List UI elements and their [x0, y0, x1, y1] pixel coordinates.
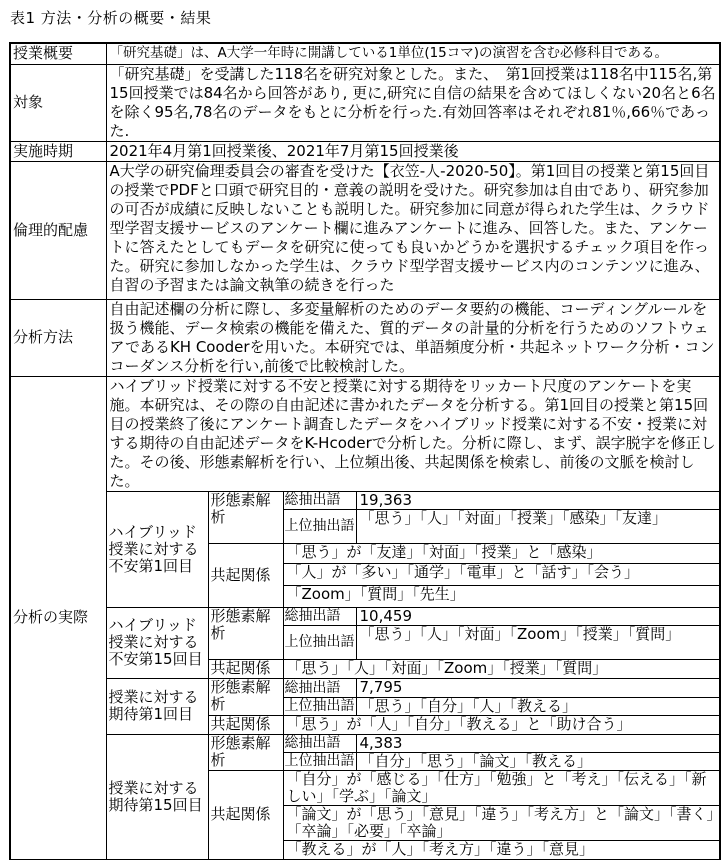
total-words-value: 10,459: [356, 607, 720, 625]
table-row: 授業に対する期待第15回目 形態素解析 総抽出語 4,383: [10, 734, 720, 752]
table-row: 実施時期 2021年4月第1回授業後、2021年7月第15回授業後: [10, 141, 720, 161]
cooccurrence-label: 共起関係: [208, 659, 283, 678]
analysis-block-label-expectation-15: 授業に対する期待第15回目: [106, 734, 208, 860]
table-row: 対象 「研究基礎」を受講した118名を研究対象とした。また、 第1回授業は118…: [10, 64, 720, 141]
cooccurrence-value: 「Zoom」「質問」「先生」: [283, 585, 720, 607]
table-row: 分析方法 自由記述欄の分析に際し、多変量解析のためのデータ要約の機能、コーディン…: [10, 299, 720, 376]
row-label-period: 実施時期: [10, 141, 106, 161]
top-words-label: 上位抽出語: [283, 509, 356, 543]
morph-analysis-label: 形態素解析: [208, 678, 283, 715]
top-words-label: 上位抽出語: [283, 697, 356, 715]
top-words-label: 上位抽出語: [283, 752, 356, 770]
document-page: 表1 方法・分析の概要・結果 授業概要 「研究基礎」は、A大学一年時に開講してい…: [0, 0, 728, 860]
row-label-analysis-method: 分析方法: [10, 299, 106, 376]
analysis-block-label-anxiety-15: ハイブリッド授業に対する不安第15回目: [106, 607, 208, 678]
total-words-label: 総抽出語: [283, 607, 356, 625]
table-row: 授業概要 「研究基礎」は、A大学一年時に開講している1単位(15コマ)の演習を含…: [10, 43, 720, 64]
cooccurrence-value: 「思う」「人」「対面」「Zoom」「授業」「質問」: [283, 659, 720, 678]
period-content: 2021年4月第1回授業後、2021年7月第15回授業後: [106, 141, 720, 161]
total-words-value: 19,363: [356, 491, 720, 509]
row-label-ethics: 倫理的配慮: [10, 161, 106, 299]
analysis-method-content: 自由記述欄の分析に際し、多変量解析のためのデータ要約の機能、コーディングルールを…: [106, 299, 720, 376]
table-title: 表1 方法・分析の概要・結果: [10, 7, 211, 28]
total-words-value: 7,795: [356, 678, 720, 697]
total-words-label: 総抽出語: [283, 734, 356, 752]
cooccurrence-value: 「思う」が「友達」「対面」「授業」と「感染」: [283, 543, 720, 563]
cooccurrence-label: 共起関係: [208, 715, 283, 734]
total-words-label: 総抽出語: [283, 678, 356, 697]
row-label-subjects: 対象: [10, 64, 106, 141]
table-row: 倫理的配慮 A大学の研究倫理委員会の審査を受けた【衣笠-人-2020-50】。第…: [10, 161, 720, 299]
ethics-content: A大学の研究倫理委員会の審査を受けた【衣笠-人-2020-50】。第1回目の授業…: [106, 161, 720, 299]
top-words-label: 上位抽出語: [283, 625, 356, 659]
cooccurrence-label: 共起関係: [208, 770, 283, 860]
morph-analysis-label: 形態素解析: [208, 491, 283, 543]
cooccurrence-value: 「自分」が「感じる」「仕方」「勉強」と「考え」「伝える」「新しい」「学ぶ」「論文…: [283, 770, 720, 805]
table-row: ハイブリッド授業に対する不安第1回目 形態素解析 総抽出語 19,363: [10, 491, 720, 509]
row-label-course-overview: 授業概要: [10, 43, 106, 64]
cooccurrence-label: 共起関係: [208, 543, 283, 607]
analysis-block-label-expectation-1: 授業に対する期待第1回目: [106, 678, 208, 734]
analysis-intro: ハイブリッド授業に対する不安と授業に対する期待をリッカート尺度のアンケートを実施…: [106, 376, 720, 491]
cooccurrence-value: 「思う」が「人」「自分」「教える」と「助け合う」: [283, 715, 720, 734]
top-words-value: 「思う」「人」「対面」「Zoom」「授業」「質問」: [356, 625, 720, 659]
cooccurrence-value: 「論文」が「思う」「意見」「違う」「考え方」と「論文」「書く」「卒論」「必要」「…: [283, 805, 720, 840]
cooccurrence-value: 「教える」が「人」「考え方」「違う」「意見」: [283, 840, 720, 860]
cooccurrence-value: 「人」が「多い」「通学」「電車」と「話す」「会う」: [283, 563, 720, 585]
analysis-block-label-anxiety-1: ハイブリッド授業に対する不安第1回目: [106, 491, 208, 607]
subjects-content: 「研究基礎」を受講した118名を研究対象とした。また、 第1回授業は118名中1…: [106, 64, 720, 141]
morph-analysis-label: 形態素解析: [208, 607, 283, 659]
row-label-analysis-practice: 分析の実際: [10, 376, 106, 860]
total-words-value: 4,383: [356, 734, 720, 752]
table-row: ハイブリッド授業に対する不安第15回目 形態素解析 総抽出語 10,459: [10, 607, 720, 625]
top-words-value: 「自分」「思う」「論文」「教える」: [356, 752, 720, 770]
top-words-value: 「思う」「人」「対面」「授業」「感染」「友達」: [356, 509, 720, 543]
table-row: 授業に対する期待第1回目 形態素解析 総抽出語 7,795: [10, 678, 720, 697]
methods-analysis-table: 授業概要 「研究基礎」は、A大学一年時に開講している1単位(15コマ)の演習を含…: [9, 42, 721, 860]
total-words-label: 総抽出語: [283, 491, 356, 509]
morph-analysis-label: 形態素解析: [208, 734, 283, 770]
top-words-value: 「思う」「自分」「人」「教える」: [356, 697, 720, 715]
course-overview-content: 「研究基礎」は、A大学一年時に開講している1単位(15コマ)の演習を含む必修科目…: [106, 43, 720, 64]
table-row: 分析の実際 ハイブリッド授業に対する不安と授業に対する期待をリッカート尺度のアン…: [10, 376, 720, 491]
